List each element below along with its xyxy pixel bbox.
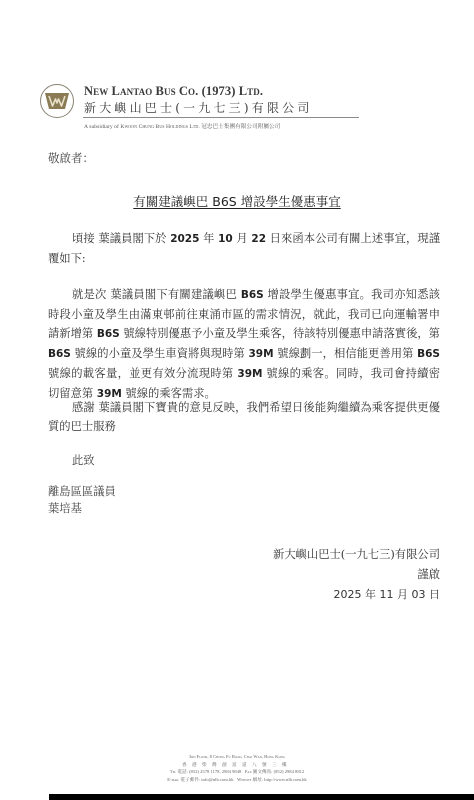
text: 年 [199,232,218,245]
text: 號線的小童及學生車資將與現時第 [71,347,249,360]
email-value: info@nlb.com.hk [201,777,233,782]
company-name-en: New Lantao Bus Co. (1973) Ltd. [84,84,263,99]
text: 就是次 葉議員閣下有關建議嶼巴 [72,288,241,301]
fax-value: (852) 2984 8812 [274,769,305,774]
website-label: Website 網址 [237,777,262,782]
subsidiary-prefix: A subsidiary of [84,124,119,130]
recipient-title: 離島區區議員 [48,483,116,500]
tel-value: (852) 2578 1178, 2984 9848 [189,769,241,774]
recipient-name: 葉培基 [48,500,116,517]
month: 10 [218,233,233,245]
letterhead: New Lantao Bus Co. (1973) Ltd. 新大嶼山巴士(一九… [40,82,360,142]
fax-label: Fax 圖文傳真 [245,769,271,774]
subject-text: 有關建議嶼巴 B6S 增設學生優惠事宜 [133,194,340,209]
text: 號線的載客量，並更有效分流現時第 [48,367,237,380]
text: 月 [233,232,252,245]
signature-company: 新大嶼山巴士(一九七三)有限公司 [273,545,440,565]
footer: 3rd Floor, 8 Chong Fu Road, Chai Wan, Ho… [0,753,474,783]
footer-address-zh: 香港柴灣創富道八號三樓 [0,761,474,769]
footer-phone-line: Tel 電話: (852) 2578 1178, 2984 9848 Fax 圖… [0,768,474,776]
route-number: B6S [48,348,71,360]
email-label: E-mail 電子郵件 [167,777,199,782]
route-number: 39M [237,368,262,380]
footer-web-line: E-mail 電子郵件: info@nlb.com.hk Website 網址:… [0,776,474,784]
subject-heading: 有關建議嶼巴 B6S 增設學生優惠事宜 [0,192,474,210]
signature-sign-off: 謹啟 [273,565,440,585]
salutation: 敬啟者： [48,150,94,166]
route-number: B6S [241,289,264,301]
route-number: B6S [417,348,440,360]
paragraph-reply-intro: 頃接 葉議員閣下於 2025 年 10 月 22 日來函本公司有關上述事宜，現謹… [48,229,440,268]
parent-company-zh: 冠忠巴士集團有限公司附屬公司 [201,124,280,130]
signature-date: 2025 年 11 月 03 日 [273,585,440,605]
route-number: 39M [249,348,274,360]
text: 號線特別優惠予小童及學生乘客，待該特別優惠申請落實後，第 [120,327,440,340]
route-number: B6S [97,328,120,340]
tel-label: Tel 電話 [170,769,187,774]
year: 2025 [170,233,199,245]
website-value: http://www.nlb.com.hk [264,777,306,782]
text: 號線劃一，相信能更善用第 [274,347,418,360]
parent-company-en: Kwoon Chung Bus Holdings Ltd. [120,124,199,130]
paragraph-thanks: 感謝 葉議員閣下寶貴的意見反映，我們希望日後能夠繼續為乘客提供更優質的巴士服務 [48,398,440,436]
company-name-zh: 新大嶼山巴士(一九七三)有限公司 [84,99,313,116]
nlb-logo-icon [40,84,74,118]
footer-address-en: 3rd Floor, 8 Chong Fu Road, Chai Wan, Ho… [0,753,474,761]
subsidiary-line: A subsidiary of Kwoon Chung Bus Holdings… [84,122,280,130]
text: 頃接 葉議員閣下於 [72,232,170,245]
signature-block: 新大嶼山巴士(一九七三)有限公司 謹啟 2025 年 11 月 03 日 [273,545,440,605]
letterhead-divider [83,117,359,118]
paragraph-main-response: 就是次 葉議員閣下有關建議嶼巴 B6S 增設學生優惠事宜。我司亦知悉該時段小童及… [48,285,440,404]
recipient-block: 離島區區議員 葉培基 [48,483,116,517]
closing: 此致 [72,452,95,468]
day: 22 [251,233,266,245]
bottom-black-bar [49,794,474,800]
